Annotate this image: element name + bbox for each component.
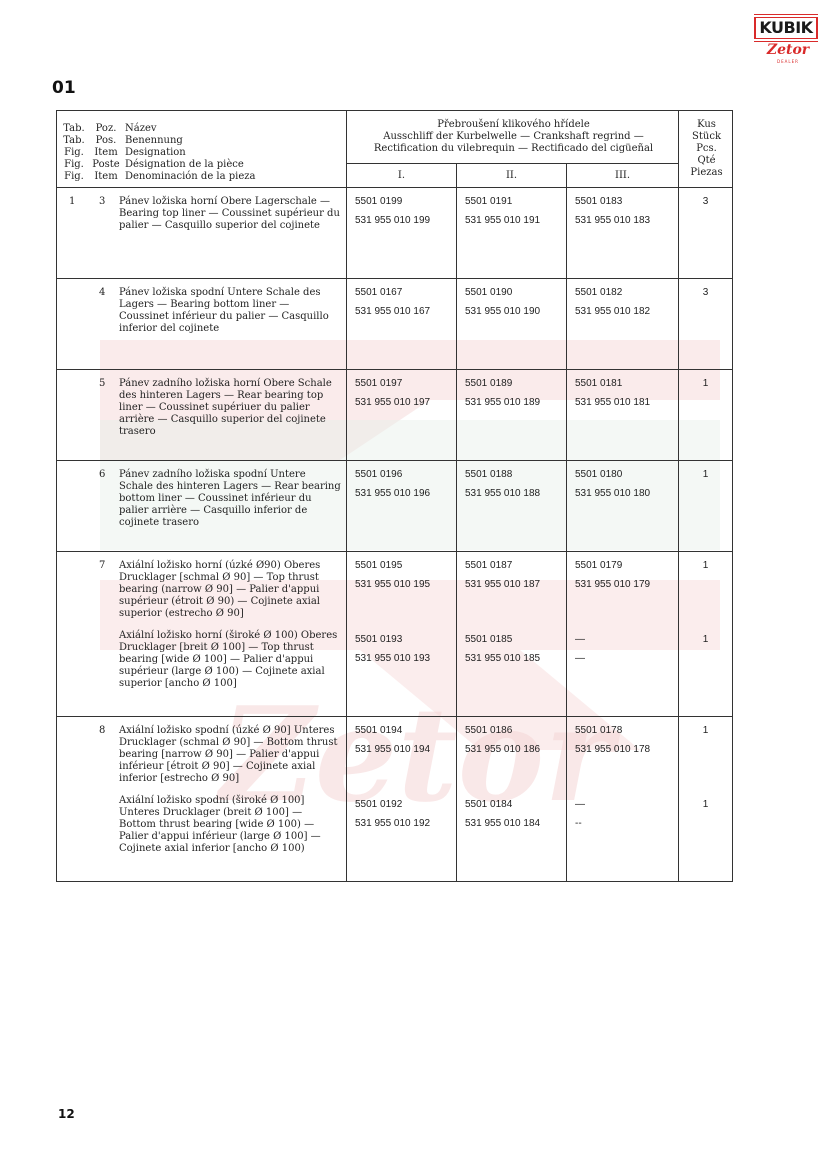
position-number: 5 <box>91 378 119 438</box>
part-number-long: 531 955 010 191 <box>465 215 562 234</box>
part-number-long: 531 955 010 187 <box>465 579 562 598</box>
kubik-zetor-logo: KUBIK Zetor DEALER <box>754 14 820 66</box>
part-number-long: 531 955 010 190 <box>465 306 562 325</box>
part-number-cell-III: 5501 0180531 955 010 180 <box>567 461 679 552</box>
part-number-long: 531 955 010 179 <box>575 579 674 598</box>
pos-label: Item <box>87 147 125 159</box>
qty-label-cz: Kus <box>685 119 728 131</box>
logo-brand: KUBIK <box>756 18 816 38</box>
part-number-short: 5501 0196 <box>355 469 452 488</box>
part-number-long: 531 955 010 183 <box>575 215 674 234</box>
quantity-cell: 3 <box>679 279 733 370</box>
part-number-cell-III: 5501 0179531 955 010 179—— <box>567 552 679 717</box>
part-number-cell-III: 5501 0181531 955 010 181 <box>567 370 679 461</box>
tab-label: Fig. <box>61 171 87 183</box>
qty-label-en: Pcs. <box>685 143 728 155</box>
name-label: Benennung <box>125 135 183 147</box>
crankshaft-regrind-parts-table: Tab.Poz.NázevTab.Pos.BenennungFig.ItemDe… <box>56 110 733 882</box>
part-number-cell-II: 5501 0189531 955 010 189 <box>457 370 567 461</box>
part-number-cell-III: 5501 0182531 955 010 182 <box>567 279 679 370</box>
part-description: Axiální ložisko horní (široké Ø 100) Obe… <box>119 630 342 690</box>
part-number-cell-III: 5501 0178531 955 010 178—-- <box>567 717 679 882</box>
pos-label: Pos. <box>87 135 125 147</box>
part-number-short: 5501 0188 <box>465 469 562 488</box>
part-description-cell: 5Pánev zadního ložiska horní Obere Schal… <box>57 370 347 461</box>
part-number-short: — <box>575 634 674 653</box>
logo-sub-brand: Zetor <box>760 42 816 58</box>
column-header-II: II. <box>457 164 567 188</box>
table-row: 4Pánev ložiska spodní Untere Schale des … <box>57 279 733 370</box>
quantity-value: 3 <box>679 196 732 270</box>
position-number: 3 <box>91 196 119 232</box>
part-number-short: 5501 0197 <box>355 378 452 397</box>
quantity-cell: 1 <box>679 461 733 552</box>
pos-label: Poste <box>87 159 125 171</box>
logo-tagline: DEALER <box>768 59 808 64</box>
part-number-cell-I: 5501 0194531 955 010 1945501 0192531 955… <box>347 717 457 882</box>
part-number-long: 531 955 010 189 <box>465 397 562 416</box>
position-number: 8 <box>91 725 119 855</box>
quantity-value: 3 <box>679 287 732 361</box>
header-regrind-group: Přebroušení klikového hřídele Ausschliff… <box>347 111 679 164</box>
section-number: 01 <box>52 78 76 98</box>
header-language-row: Fig.ItemDesignation <box>61 147 342 159</box>
header-language-row: Tab.Pos.Benennung <box>61 135 342 147</box>
part-number-short: 5501 0189 <box>465 378 562 397</box>
tab-number <box>61 378 91 438</box>
part-number-cell-II: 5501 0190531 955 010 190 <box>457 279 567 370</box>
name-label: Název <box>125 123 157 135</box>
quantity-value: 1 <box>679 560 732 634</box>
quantity-value: 1 <box>679 634 732 708</box>
part-description: Axiální ložisko spodní (široké Ø 100] Un… <box>119 795 342 855</box>
part-number-cell-III: 5501 0183531 955 010 183 <box>567 188 679 279</box>
part-number-cell-II: 5501 0191531 955 010 191 <box>457 188 567 279</box>
part-number-short: 5501 0199 <box>355 196 452 215</box>
part-number-short: 5501 0191 <box>465 196 562 215</box>
quantity-cell: 11 <box>679 717 733 882</box>
part-number-long: 531 955 010 167 <box>355 306 452 325</box>
part-number-short: 5501 0182 <box>575 287 674 306</box>
part-number-short: 5501 0187 <box>465 560 562 579</box>
part-number-short: 5501 0180 <box>575 469 674 488</box>
part-number-short: 5501 0190 <box>465 287 562 306</box>
part-description-cell: 4Pánev ložiska spodní Untere Schale des … <box>57 279 347 370</box>
part-number-cell-I: 5501 0195531 955 010 1955501 0193531 955… <box>347 552 457 717</box>
part-description: Axiální ložisko horní (úzké Ø90) Oberes … <box>119 560 342 620</box>
position-number: 7 <box>91 560 119 690</box>
part-description-cell: 8Axiální ložisko spodní (úzké Ø 90] Unte… <box>57 717 347 882</box>
kubik-logo-block: KUBIK <box>754 14 818 42</box>
part-number-cell-II: 5501 0187531 955 010 1875501 0185531 955… <box>457 552 567 717</box>
part-number-long: 531 955 010 185 <box>465 653 562 672</box>
part-description-cell: 13Pánev ložiska horní Obere Lagerschale … <box>57 188 347 279</box>
part-number-long: -- <box>575 818 674 837</box>
part-number-short: 5501 0179 <box>575 560 674 579</box>
part-number-short: 5501 0185 <box>465 634 562 653</box>
column-header-III: III. <box>567 164 679 188</box>
header-language-row: Fig.ItemDenominación de la pieza <box>61 171 342 183</box>
table-row: 6Pánev zadního ložiska spodní Untere Sch… <box>57 461 733 552</box>
qty-label-es: Piezas <box>685 167 728 179</box>
part-number-long: 531 955 010 193 <box>355 653 452 672</box>
part-description: Pánev ložiska horní Obere Lagerschale — … <box>119 196 342 232</box>
quantity-cell: 3 <box>679 188 733 279</box>
quantity-cell: 11 <box>679 552 733 717</box>
part-number-long: 531 955 010 182 <box>575 306 674 325</box>
part-number-long: 531 955 010 188 <box>465 488 562 507</box>
name-label: Denominación de la pieza <box>125 171 256 183</box>
part-number-long: 531 955 010 197 <box>355 397 452 416</box>
name-label: Designation <box>125 147 186 159</box>
tab-number <box>61 469 91 529</box>
quantity-value: 1 <box>679 378 732 452</box>
quantity-cell: 1 <box>679 370 733 461</box>
part-number-long: — <box>575 653 674 672</box>
qty-label-fr: Qté <box>685 155 728 167</box>
part-number-long: 531 955 010 184 <box>465 818 562 837</box>
part-number-short: 5501 0183 <box>575 196 674 215</box>
tab-number <box>61 725 91 855</box>
page-number: 12 <box>58 1107 75 1121</box>
tab-number <box>61 287 91 335</box>
part-description-cell: 6Pánev zadního ložiska spodní Untere Sch… <box>57 461 347 552</box>
part-number-long: 531 955 010 186 <box>465 744 562 763</box>
part-description: Pánev zadního ložiska spodní Untere Scha… <box>119 469 342 529</box>
part-description: Pánev zadního ložiska horní Obere Schale… <box>119 378 342 438</box>
qty-label-de: Stück <box>685 131 728 143</box>
header-quantity: Kus Stück Pcs. Qté Piezas <box>679 111 733 188</box>
table-row: 7Axiální ložisko horní (úzké Ø90) Oberes… <box>57 552 733 717</box>
part-number-cell-II: 5501 0188531 955 010 188 <box>457 461 567 552</box>
quantity-value: 1 <box>679 725 732 799</box>
column-header-I: I. <box>347 164 457 188</box>
table-row: 8Axiální ložisko spodní (úzké Ø 90] Unte… <box>57 717 733 882</box>
tab-number <box>61 560 91 690</box>
part-description: Pánev ložiska spodní Untere Schale des L… <box>119 287 342 335</box>
part-number-short: 5501 0184 <box>465 799 562 818</box>
part-number-short: 5501 0167 <box>355 287 452 306</box>
pos-label: Item <box>87 171 125 183</box>
part-number-short: 5501 0194 <box>355 725 452 744</box>
position-number: 6 <box>91 469 119 529</box>
part-number-long: 531 955 010 199 <box>355 215 452 234</box>
name-label: Désignation de la pièce <box>125 159 244 171</box>
part-number-short: 5501 0192 <box>355 799 452 818</box>
part-number-long: 531 955 010 195 <box>355 579 452 598</box>
tab-number: 1 <box>61 196 91 232</box>
tab-label: Tab. <box>61 123 87 135</box>
part-number-short: 5501 0195 <box>355 560 452 579</box>
tab-label: Fig. <box>61 147 87 159</box>
part-description-cell: 7Axiální ložisko horní (úzké Ø90) Oberes… <box>57 552 347 717</box>
tab-label: Fig. <box>61 159 87 171</box>
quantity-value: 1 <box>679 799 732 873</box>
header-language-row: Tab.Poz.Název <box>61 123 342 135</box>
header-language-row: Fig.PosteDésignation de la pièce <box>61 159 342 171</box>
header-designation: Tab.Poz.NázevTab.Pos.BenennungFig.ItemDe… <box>57 111 347 188</box>
part-number-cell-I: 5501 0199531 955 010 199 <box>347 188 457 279</box>
tab-label: Tab. <box>61 135 87 147</box>
part-number-long: 531 955 010 181 <box>575 397 674 416</box>
quantity-value: 1 <box>679 469 732 543</box>
part-number-short: — <box>575 799 674 818</box>
part-number-long: 531 955 010 180 <box>575 488 674 507</box>
part-number-cell-I: 5501 0196531 955 010 196 <box>347 461 457 552</box>
table-row: 13Pánev ložiska horní Obere Lagerschale … <box>57 188 733 279</box>
part-number-long: 531 955 010 178 <box>575 744 674 763</box>
group-title-cz: Přebroušení klikového hřídele <box>353 119 674 131</box>
pos-label: Poz. <box>87 123 125 135</box>
part-number-short: 5501 0181 <box>575 378 674 397</box>
part-number-long: 531 955 010 194 <box>355 744 452 763</box>
part-number-long: 531 955 010 192 <box>355 818 452 837</box>
part-description: Axiální ložisko spodní (úzké Ø 90] Unter… <box>119 725 342 785</box>
part-number-cell-II: 5501 0186531 955 010 1865501 0184531 955… <box>457 717 567 882</box>
group-title-fr-es: Rectification du vilebrequin — Rectifica… <box>353 143 674 155</box>
part-number-short: 5501 0178 <box>575 725 674 744</box>
table-row: 5Pánev zadního ložiska horní Obere Schal… <box>57 370 733 461</box>
group-title-de-en: Ausschliff der Kurbelwelle — Crankshaft … <box>353 131 674 143</box>
part-number-short: 5501 0193 <box>355 634 452 653</box>
part-number-long: 531 955 010 196 <box>355 488 452 507</box>
position-number: 4 <box>91 287 119 335</box>
part-number-cell-I: 5501 0197531 955 010 197 <box>347 370 457 461</box>
part-number-short: 5501 0186 <box>465 725 562 744</box>
part-number-cell-I: 5501 0167531 955 010 167 <box>347 279 457 370</box>
